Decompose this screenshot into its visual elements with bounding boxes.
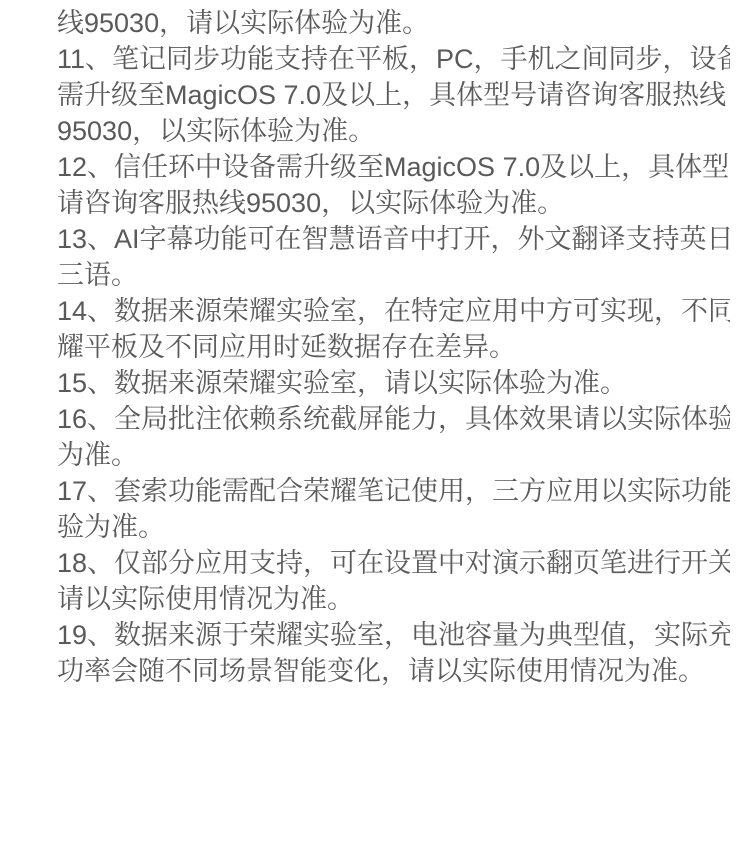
disclaimer-line: 19、数据来源于荣耀实验室，电池容量为典型值，实际充电 bbox=[57, 617, 730, 653]
disclaimer-line: 验为准。 bbox=[57, 509, 730, 545]
disclaimer-line: 功率会随不同场景智能变化，请以实际使用情况为准。 bbox=[57, 653, 730, 689]
disclaimer-line: 13、AI字幕功能可在智慧语音中打开，外文翻译支持英日韩 bbox=[57, 221, 730, 257]
disclaimer-line: 耀平板及不同应用时延数据存在差异。 bbox=[57, 329, 730, 365]
disclaimer-line: 18、仅部分应用支持，可在设置中对演示翻页笔进行开关。 bbox=[57, 545, 730, 581]
disclaimer-line: 12、信任环中设备需升级至MagicOS 7.0及以上，具体型号 bbox=[57, 149, 730, 185]
disclaimer-line: 线95030，请以实际体验为准。 bbox=[57, 5, 730, 41]
disclaimer-line: 为准。 bbox=[57, 437, 730, 473]
disclaimer-line: 14、数据来源荣耀实验室，在特定应用中方可实现，不同荣 bbox=[57, 293, 730, 329]
disclaimer-line: 95030，以实际体验为准。 bbox=[57, 113, 730, 149]
disclaimer-line: 请咨询客服热线95030，以实际体验为准。 bbox=[57, 185, 730, 221]
disclaimer-line: 15、数据来源荣耀实验室，请以实际体验为准。 bbox=[57, 365, 730, 401]
disclaimer-line: 三语。 bbox=[57, 257, 730, 293]
disclaimer-line: 需升级至MagicOS 7.0及以上，具体型号请咨询客服热线 bbox=[57, 77, 730, 113]
disclaimer-line: 请以实际使用情况为准。 bbox=[57, 581, 730, 617]
disclaimer-line: 11、笔记同步功能支持在平板，PC，手机之间同步，设备 bbox=[57, 41, 730, 77]
disclaimer-text-block: 线95030，请以实际体验为准。 11、笔记同步功能支持在平板，PC，手机之间同… bbox=[0, 0, 750, 689]
disclaimer-line: 16、全局批注依赖系统截屏能力，具体效果请以实际体验 bbox=[57, 401, 730, 437]
disclaimer-line: 17、套索功能需配合荣耀笔记使用，三方应用以实际功能体 bbox=[57, 473, 730, 509]
